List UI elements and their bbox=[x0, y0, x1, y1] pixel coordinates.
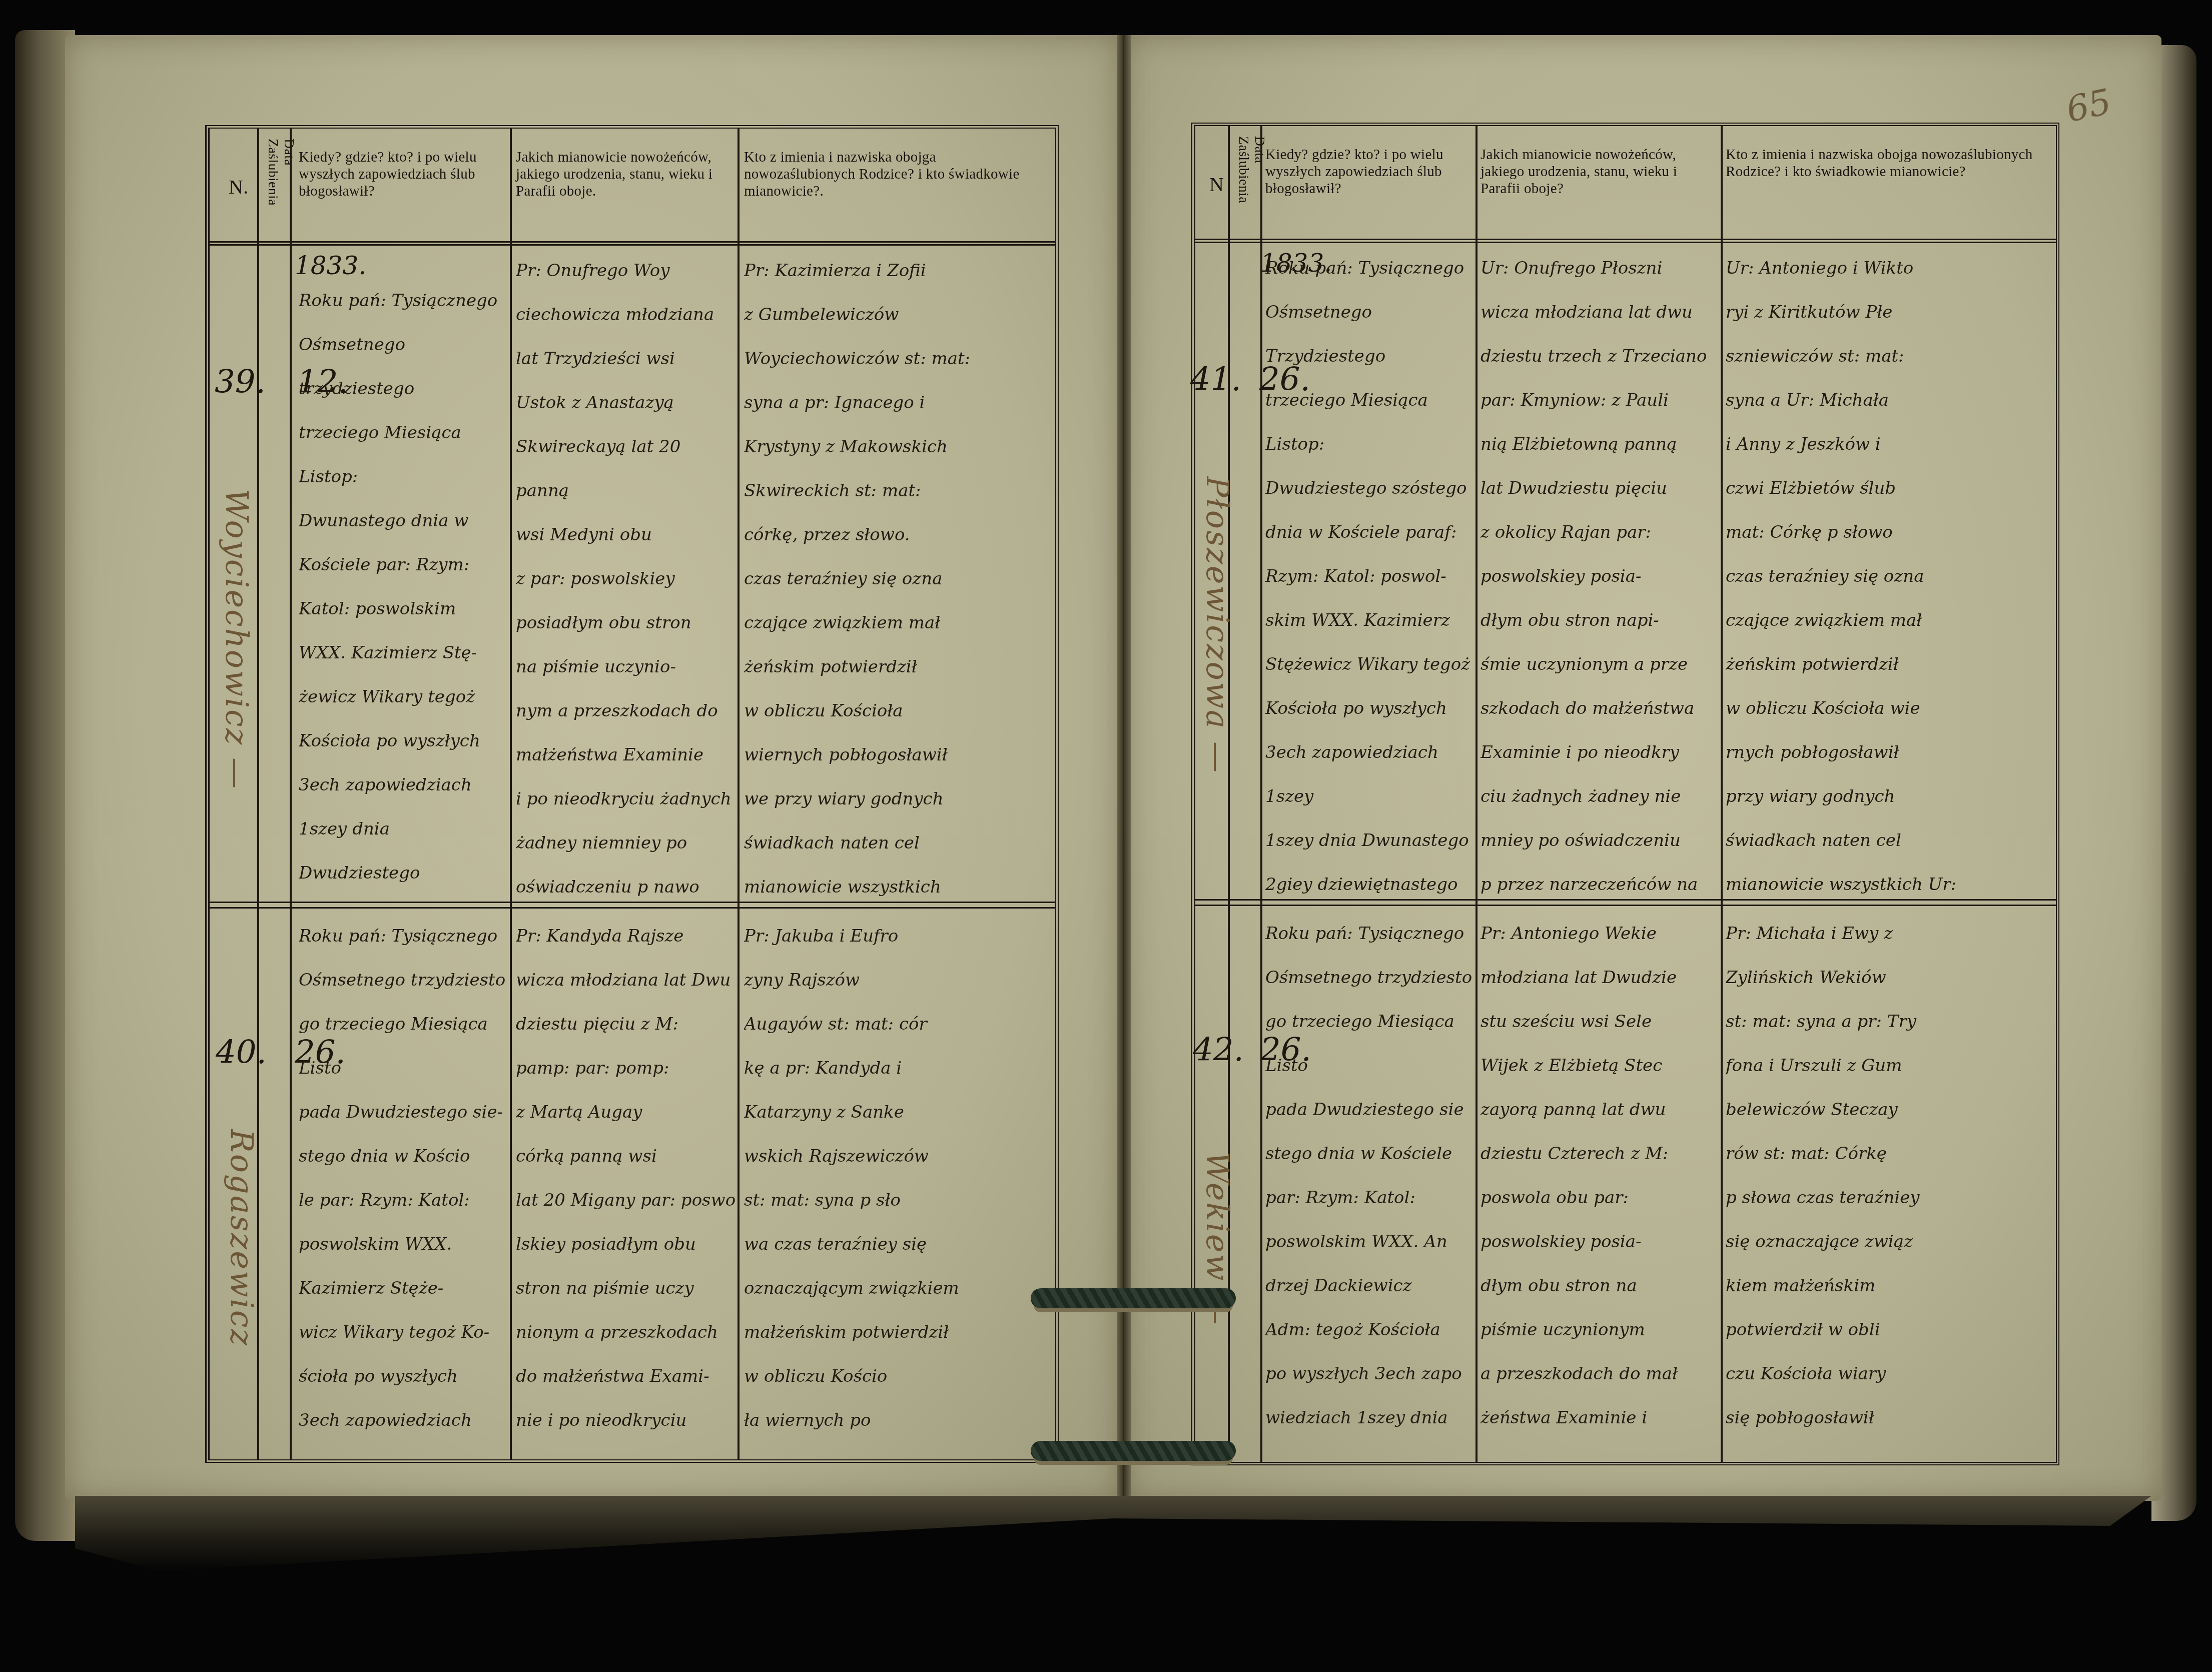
column-divider bbox=[1260, 126, 1262, 1462]
entry-number: 42. bbox=[1193, 1032, 1244, 1069]
binding-thread-upper bbox=[1031, 1288, 1236, 1308]
entry-parents-witnesses: Pr: Michała i Ewy z Zylińskich Wekiów st… bbox=[1726, 912, 2046, 1452]
header-spouses: Jakich mianowicie nowożeńców, jakiego ur… bbox=[1481, 146, 1716, 197]
entry-parents-witnesses: Pr: Jakuba i Eufro zyny Rajszów Augayów … bbox=[744, 914, 1044, 1454]
header-when-where: Kiedy? gdzie? kto? i po wielu wyszłych z… bbox=[299, 149, 509, 200]
entry-separator bbox=[1195, 899, 2056, 906]
entry-when-where: Roku pań: Tysiącznego Ośmsetnego trzydzi… bbox=[299, 914, 509, 1444]
entry-spouses: Pr: Kandyda Rajsze wicza młodziana lat D… bbox=[516, 914, 736, 1444]
column-divider bbox=[738, 129, 740, 1459]
entry-when-where: Roku pań: Tysiącznego Ośmsetnego Trzydzi… bbox=[1265, 246, 1476, 897]
entry-when-where: Roku pań: Tysiącznego Ośmsetnego trzydzi… bbox=[1265, 912, 1476, 1442]
margin-annotation: Płoszewiczowa — bbox=[1199, 476, 1236, 927]
binding-thread-lower bbox=[1031, 1441, 1236, 1461]
column-divider bbox=[1476, 126, 1478, 1462]
register-table-left: N. Data Zaślubienia Kiedy? gdzie? kto? i… bbox=[205, 125, 1059, 1463]
table-header-left: N. Data Zaślubienia Kiedy? gdzie? kto? i… bbox=[210, 129, 1055, 246]
entry-spouses: Ur: Onufrego Płoszni wicza młodziana lat… bbox=[1481, 246, 1716, 897]
entry-separator bbox=[210, 902, 1055, 909]
entry-year: 1833. bbox=[295, 251, 366, 280]
margin-annotation: Rogaszewicz bbox=[224, 1129, 260, 1479]
header-parents-witnesses: Kto z imienia i nazwiska obojga nowozaśl… bbox=[744, 149, 1034, 200]
entry-number: 40. bbox=[216, 1034, 267, 1071]
header-date: Data Zaślubienia bbox=[1235, 136, 1267, 231]
column-divider bbox=[1721, 126, 1723, 1462]
page-bottom-edge bbox=[75, 1496, 2151, 1571]
entry-when-where: Roku pań: Tysiącznego Ośmsetnego trzydzi… bbox=[299, 279, 509, 899]
entry-number: 41. bbox=[1190, 361, 1241, 398]
book-gutter bbox=[1117, 35, 1131, 1501]
header-number: N. bbox=[229, 179, 249, 196]
margin-annotation: Woyciechowicz — bbox=[219, 489, 255, 889]
entry-spouses: Pr: Onufrego Woy ciechowicza młodziana l… bbox=[516, 249, 736, 899]
entry-parents-witnesses: Pr: Kazimierza i Zofii z Gumbelewiczów W… bbox=[744, 249, 1044, 899]
entry-spouses: Pr: Antoniego Wekie młodziana lat Dwudzi… bbox=[1481, 912, 1716, 1452]
table-header-right: N Data Zaślubienia Kiedy? gdzie? kto? i … bbox=[1195, 126, 2056, 243]
column-divider bbox=[290, 129, 292, 1459]
entry-number: 39. bbox=[215, 364, 266, 401]
entry-parents-witnesses: Ur: Antoniego i Wikto ryi z Kiritkutów P… bbox=[1726, 246, 2046, 897]
header-number: N bbox=[1209, 176, 1224, 193]
register-table-right: N Data Zaślubienia Kiedy? gdzie? kto? i … bbox=[1191, 123, 2059, 1465]
column-divider bbox=[510, 129, 512, 1459]
header-when-where: Kiedy? gdzie? kto? i po wielu wyszłych z… bbox=[1265, 146, 1476, 197]
header-spouses: Jakich mianowicie nowożeńców, jakiego ur… bbox=[516, 149, 736, 200]
header-date: Data Zaślubienia bbox=[265, 139, 297, 234]
header-parents-witnesses: Kto z imienia i nazwiska obojga nowozaśl… bbox=[1726, 146, 2036, 180]
